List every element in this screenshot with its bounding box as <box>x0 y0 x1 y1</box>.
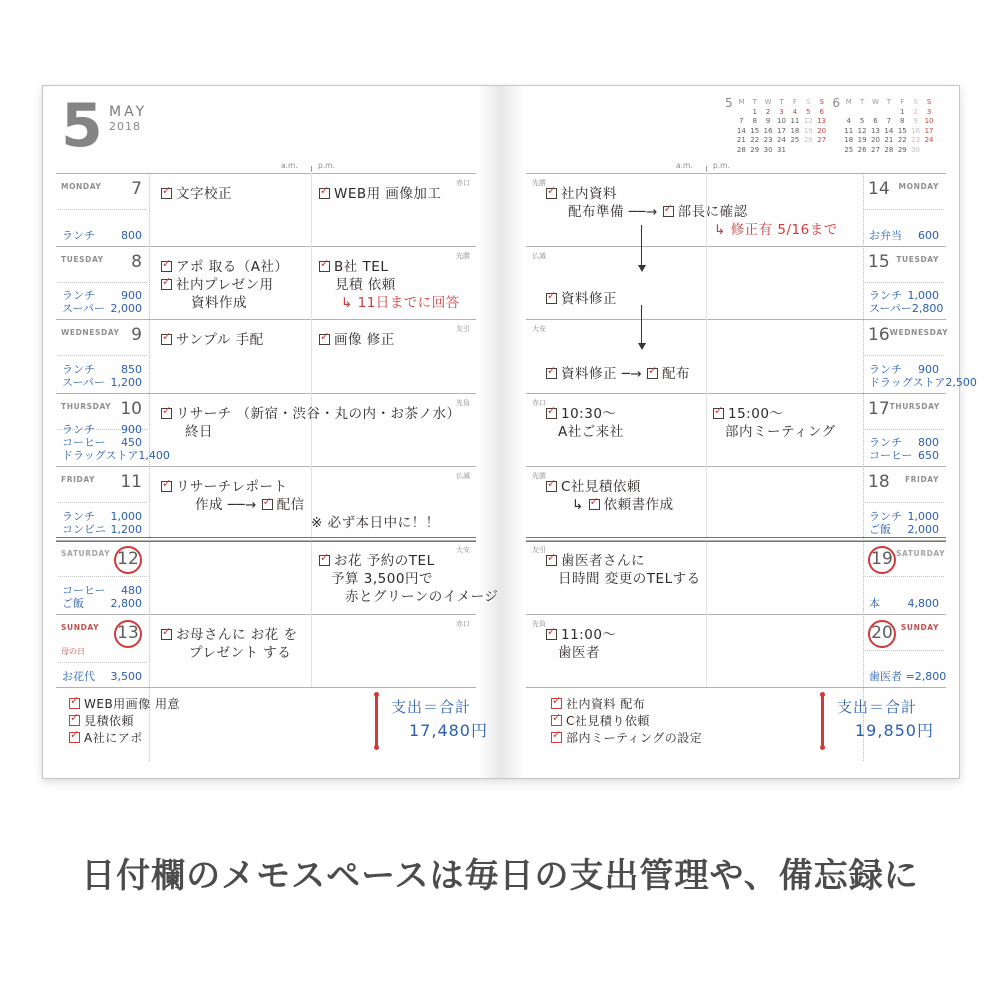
expense-label: ランチ <box>62 510 95 523</box>
day-name: SATURDAY <box>896 549 945 558</box>
rokuyo-label: 仏滅 <box>456 471 470 481</box>
expense-label: コーヒー <box>62 436 106 449</box>
date-column-divider <box>863 173 864 761</box>
expense-amount: 1,000 <box>111 510 143 523</box>
expense-list: ランチ900スーパー2,000 <box>62 284 142 315</box>
day-cell: 27 <box>869 146 882 156</box>
day-name: SUNDAY <box>61 623 99 632</box>
memo-checklist: WEB用画像 用意見積依頼A社にアポ <box>69 695 180 746</box>
rokuyo-label: 赤口 <box>532 398 546 408</box>
day-cell <box>869 108 882 118</box>
am-label: a.m. <box>281 161 298 170</box>
expense-amount: 1,200 <box>111 376 143 389</box>
date-number: 18 <box>868 472 890 492</box>
month-header: 5 <box>61 96 103 156</box>
note-line: リサーチレポート <box>161 475 440 493</box>
mini-calendar-grid: MTWTFSS123456789101112131415161718192021… <box>735 98 829 156</box>
rokuyo-label: 友引 <box>532 545 546 555</box>
day-cell: 8 <box>896 117 909 127</box>
day-cell: 4 <box>788 108 801 118</box>
notes-am: 社内資料配布準備 ──→ 部長に確認↳ 修正有 5/16まで <box>546 182 838 236</box>
day-name: TUESDAY <box>896 255 939 264</box>
date-cell-separator <box>865 282 944 283</box>
month-number: 5 <box>61 91 103 161</box>
note-line: サンプル 手配 <box>161 328 264 346</box>
dow-cell: W <box>761 98 774 108</box>
day-cell: 2 <box>909 108 922 118</box>
expense-item: スーパー1,200 <box>62 376 142 389</box>
notes-pm: B社 TEL見積 依頼↳ 11日までに回答 <box>319 255 460 309</box>
total-marker-line <box>375 695 378 747</box>
expense-amount: 1,200 <box>111 523 143 536</box>
day-cell: 22 <box>748 136 761 146</box>
dow-cell: F <box>788 98 801 108</box>
note-line: 社内プレゼン用 <box>161 273 289 291</box>
day-cell: 17 <box>775 127 788 137</box>
date-number: 7 <box>131 179 142 199</box>
expense-list: ランチ850スーパー1,200 <box>62 357 142 389</box>
expense-item: ご飯2,000 <box>869 523 939 536</box>
rokuyo-label: 赤口 <box>456 178 470 188</box>
note-line: WEB用 画像加工 <box>319 182 441 200</box>
row-line <box>526 173 946 174</box>
rokuyo-label: 仏滅 <box>532 251 546 261</box>
expense-item: お弁当600 <box>869 229 939 242</box>
checkbox-icon <box>546 629 557 640</box>
day-cell: 26 <box>855 146 868 156</box>
friday-red-divider <box>56 537 476 538</box>
checkbox-icon <box>319 334 330 345</box>
date-cell-separator <box>58 355 147 356</box>
expense-label: ランチ <box>869 363 902 376</box>
dow-cell: S <box>815 98 828 108</box>
date-number-circled: 12 <box>114 546 142 574</box>
checkbox-icon <box>69 732 80 743</box>
flow-arrow-down <box>641 305 642 347</box>
date-number: 16 <box>868 325 890 345</box>
mini-calendar-week-row: 18192021222324 <box>842 136 936 146</box>
expense-amount: 1,400 <box>138 449 170 462</box>
date-cell-separator <box>865 576 944 577</box>
day-cell: 1 <box>896 108 909 118</box>
day-cell: 29 <box>896 146 909 156</box>
notes-am: サンプル 手配 <box>161 328 264 346</box>
mini-calendar-week-row: 252627282930 <box>842 146 936 156</box>
dow-cell: M <box>735 98 748 108</box>
day-cell: 24 <box>922 136 935 146</box>
day-cell: 4 <box>842 117 855 127</box>
expense-label: コーヒー <box>869 449 913 462</box>
checklist-item: 見積依頼 <box>69 712 180 729</box>
note-line: B社 TEL <box>319 255 460 273</box>
date-cell: THURSDAY10 <box>61 399 142 419</box>
day-cell <box>735 108 748 118</box>
day-name: THURSDAY <box>61 402 111 411</box>
note-line: ↳ 11日までに回答 <box>341 291 460 309</box>
day-cell: 10 <box>922 117 935 127</box>
checklist-item: 部内ミーティングの設定 <box>551 729 702 746</box>
note-line: 見積 依頼 <box>335 273 460 291</box>
day-cell <box>842 108 855 118</box>
expense-amount: 900 <box>121 423 142 436</box>
expense-label: ランチ <box>62 423 95 436</box>
mini-calendar-week-row: 11121314151617 <box>842 127 936 137</box>
mini-calendar-week-row: 45678910 <box>842 117 936 127</box>
expense-amount: 480 <box>121 584 142 597</box>
day-cell: 1 <box>748 108 761 118</box>
expense-amount: 800 <box>121 229 142 242</box>
date-cell-separator <box>865 502 944 503</box>
date-cell-separator <box>865 429 944 430</box>
notes-pm: WEB用 画像加工 <box>319 182 441 200</box>
expense-list: ランチ800コーヒー650 <box>869 431 939 462</box>
date-number: 11 <box>120 472 142 492</box>
expense-amount: 2,800 <box>915 670 947 683</box>
day-cell: 19 <box>802 127 815 137</box>
date-cell: 17THURSDAY <box>868 399 939 419</box>
checkbox-icon <box>647 368 658 379</box>
day-name: TUESDAY <box>61 255 104 264</box>
expense-list: 歯医者 =2,800 <box>869 652 939 683</box>
date-cell: TUESDAY8 <box>61 252 142 272</box>
expense-item: スーパー2,800 <box>869 302 939 315</box>
mini-calendar-week-row: 21222324252627 <box>735 136 829 146</box>
expense-amount: 2,500 <box>945 376 977 389</box>
day-cell: 27 <box>815 136 828 146</box>
day-cell: 19 <box>855 136 868 146</box>
notes-am: 10:30〜A社ご来社 <box>546 402 624 438</box>
day-cell: 7 <box>735 117 748 127</box>
month-name: MAY 2018 <box>109 104 147 133</box>
checkbox-icon <box>69 715 80 726</box>
note-line: 歯医者さんに <box>546 549 701 567</box>
day-cell: 31 <box>775 146 788 156</box>
expense-item: ランチ1,000 <box>62 510 142 523</box>
date-cell-separator <box>865 209 944 210</box>
expense-amount: 900 <box>918 363 939 376</box>
row-line <box>56 246 476 247</box>
day-cell: 15 <box>748 127 761 137</box>
day-cell: 5 <box>802 108 815 118</box>
expense-item: ランチ900 <box>62 423 142 436</box>
note-line: アポ 取る（A社） <box>161 255 289 273</box>
checklist-item: A社にアポ <box>69 729 180 746</box>
checkbox-icon <box>551 715 562 726</box>
mini-calendar-week-row: 123456 <box>735 108 829 118</box>
checklist-item: WEB用画像 用意 <box>69 695 180 712</box>
friday-red-divider <box>56 541 476 542</box>
day-cell: 14 <box>735 127 748 137</box>
pm-label: p.m. <box>318 161 335 170</box>
mini-calendar-week-row: 14151617181920 <box>735 127 829 137</box>
note-line: 11:00〜 <box>546 623 616 641</box>
expense-list: コーヒー480ご飯2,800 <box>62 578 142 610</box>
day-cell: 17 <box>922 127 935 137</box>
day-cell: 10 <box>775 117 788 127</box>
date-cell: SATURDAY12 <box>61 546 142 574</box>
date-number: 15 <box>868 252 890 272</box>
checkbox-icon <box>551 732 562 743</box>
day-cell: 2 <box>761 108 774 118</box>
day-cell: 18 <box>842 136 855 146</box>
day-cell: 5 <box>855 117 868 127</box>
day-cell <box>802 146 815 156</box>
expense-amount: 2,800 <box>912 302 944 315</box>
expense-item: 本4,800 <box>869 597 939 610</box>
date-cell-separator <box>58 282 147 283</box>
ampm-divider <box>706 173 707 687</box>
day-cell: 11 <box>842 127 855 137</box>
mini-calendar-week-row: 123 <box>842 108 936 118</box>
expense-amount: 450 <box>121 436 142 449</box>
date-cell: 20SUNDAY <box>868 620 939 648</box>
date-cell: 14MONDAY <box>868 179 939 199</box>
checkbox-icon <box>262 499 273 510</box>
checkbox-icon <box>161 261 172 272</box>
checkbox-icon <box>161 629 172 640</box>
row-line <box>56 687 476 688</box>
day-cell: 8 <box>748 117 761 127</box>
day-cell: 25 <box>842 146 855 156</box>
day-cell: 14 <box>882 127 895 137</box>
expense-label: ランチ <box>62 363 95 376</box>
checkbox-icon <box>161 188 172 199</box>
expense-item: ドラッグストア2,500 <box>869 376 939 389</box>
date-cell: 19SATURDAY <box>868 546 939 574</box>
notes-pm: お花 予約のTEL予算 3,500円で赤とグリーンのイメージ <box>319 549 498 603</box>
planner-spread: 5 MAY 2018 5MTWTFSS123456789101112131415… <box>42 85 960 779</box>
row-line <box>526 319 946 320</box>
day-cell: 13 <box>815 117 828 127</box>
rokuyo-label: 赤口 <box>456 619 470 629</box>
day-cell: 16 <box>761 127 774 137</box>
row-line <box>526 614 946 615</box>
expense-item: ドラッグストア1,400 <box>62 449 142 462</box>
expense-item: ランチ900 <box>62 289 142 302</box>
expense-label: ランチ <box>869 289 902 302</box>
note-line: リサーチ （新宿・渋谷・丸の内・お茶ノ水） <box>161 402 461 420</box>
expense-label: お弁当 <box>869 229 902 242</box>
note-line: 作成 ──→ 配信 <box>195 493 440 511</box>
expense-amount: 600 <box>918 229 939 242</box>
checkbox-icon <box>546 293 557 304</box>
day-cell: 23 <box>909 136 922 146</box>
expense-list: お弁当600 <box>869 211 939 242</box>
am-label: a.m. <box>676 161 693 170</box>
checkbox-icon <box>546 188 557 199</box>
row-line <box>526 393 946 394</box>
mini-calendars: 5MTWTFSS12345678910111213141516171819202… <box>725 98 936 156</box>
expense-item: ランチ800 <box>62 229 142 242</box>
expense-amount: 2,800 <box>111 597 143 610</box>
expense-amount: 1,000 <box>908 289 940 302</box>
expense-item: お花代3,500 <box>62 670 142 683</box>
day-name: FRIDAY <box>61 475 95 484</box>
expense-amount: 2,000 <box>908 523 940 536</box>
day-cell: 11 <box>788 117 801 127</box>
day-cell: 13 <box>869 127 882 137</box>
rokuyo-label: 先勝 <box>532 178 546 188</box>
day-cell: 30 <box>909 146 922 156</box>
notes-am: リサーチレポート作成 ──→ 配信※ 必ず本日中に！！ <box>161 475 440 529</box>
row-line <box>56 173 476 174</box>
day-cell: 12 <box>855 127 868 137</box>
day-name: SATURDAY <box>61 549 110 558</box>
row-line <box>56 319 476 320</box>
expense-item: ランチ1,000 <box>869 289 939 302</box>
day-name: MONDAY <box>61 182 101 191</box>
expense-item: ご飯2,800 <box>62 597 142 610</box>
expense-label: ドラッグストア <box>869 376 945 389</box>
expense-label: コンビニ <box>62 523 106 536</box>
note-line: ↳ 修正有 5/16まで <box>714 218 838 236</box>
ampm-tick <box>706 166 707 172</box>
date-number: 17 <box>868 399 890 419</box>
day-cell: 23 <box>761 136 774 146</box>
expense-item: コーヒー650 <box>869 449 939 462</box>
expense-label: 歯医者 = <box>869 670 915 683</box>
expense-item: ランチ1,000 <box>869 510 939 523</box>
memo-checklist: 社内資料 配布C社見積り依頼部内ミーティングの設定 <box>551 695 702 746</box>
notes-am: C社見積依頼↳ 依頼書作成 <box>546 475 674 511</box>
day-cell: 21 <box>882 136 895 146</box>
day-name: FRIDAY <box>905 475 939 484</box>
expense-label: 本 <box>869 597 880 610</box>
expense-amount: 850 <box>121 363 142 376</box>
day-name: WEDNESDAY <box>61 328 120 337</box>
mini-calendar: 6MTWTFSS12345678910111213141516171819202… <box>832 98 935 156</box>
holiday-label: 母の日 <box>61 646 85 657</box>
checkbox-icon <box>546 481 557 492</box>
day-cell: 6 <box>869 117 882 127</box>
dow-cell: T <box>748 98 761 108</box>
expense-amount: 1,000 <box>908 510 940 523</box>
row-line <box>56 466 476 467</box>
expense-list: 本4,800 <box>869 578 939 610</box>
date-cell: FRIDAY11 <box>61 472 142 492</box>
flow-arrow-down <box>641 225 642 269</box>
note-line: ↳ 依頼書作成 <box>572 493 674 511</box>
date-cell-separator <box>58 502 147 503</box>
expense-item: 歯医者 =2,800 <box>869 670 939 683</box>
expense-amount: 4,800 <box>908 597 940 610</box>
day-cell: 7 <box>882 117 895 127</box>
checkbox-icon <box>713 408 724 419</box>
expense-item: コンビニ1,200 <box>62 523 142 536</box>
mini-calendar-week-row: 78910111213 <box>735 117 829 127</box>
note-line: 文字校正 <box>161 182 232 200</box>
note-line: 資料作成 <box>191 291 289 309</box>
total-marker-line <box>821 695 824 747</box>
expense-item: ランチ800 <box>869 436 939 449</box>
day-cell: 12 <box>802 117 815 127</box>
mini-calendar-month: 6 <box>832 98 840 156</box>
expense-label: お花代 <box>62 670 95 683</box>
note-line: プレゼント する <box>189 641 298 659</box>
date-number: 14 <box>868 179 890 199</box>
expense-list: ランチ800 <box>62 211 142 242</box>
ampm-tick <box>311 166 312 172</box>
day-cell: 3 <box>922 108 935 118</box>
mini-calendar-week-row: 28293031 <box>735 146 829 156</box>
date-cell-separator <box>58 662 147 663</box>
note-line: 10:30〜 <box>546 402 624 420</box>
date-number-circled: 13 <box>114 620 142 648</box>
expense-label: ランチ <box>62 229 95 242</box>
day-name: WEDNESDAY <box>890 328 949 337</box>
checklist-item: 社内資料 配布 <box>551 695 702 712</box>
checklist-item: C社見積り依頼 <box>551 712 702 729</box>
rokuyo-label: 友引 <box>456 324 470 334</box>
row-line <box>526 246 946 247</box>
caption-text: 日付欄のメモスペースは毎日の支出管理や、備忘録に <box>0 848 1000 897</box>
notes-pm: 画像 修正 <box>319 328 395 346</box>
expense-item: コーヒー480 <box>62 584 142 597</box>
day-cell: 20 <box>815 127 828 137</box>
notes-am: アポ 取る（A社）社内プレゼン用資料作成 <box>161 255 289 309</box>
expense-label: スーパー <box>62 376 105 389</box>
dow-cell: S <box>922 98 935 108</box>
expense-label: コーヒー <box>62 584 106 597</box>
checkbox-icon <box>546 555 557 566</box>
day-cell: 20 <box>869 136 882 146</box>
total-label: 支出＝合計 <box>837 696 917 717</box>
day-name: SUNDAY <box>901 623 939 632</box>
mini-calendar-grid: MTWTFSS123456789101112131415161718192021… <box>842 98 936 156</box>
expense-item: ランチ900 <box>869 363 939 376</box>
day-name: THURSDAY <box>890 402 940 411</box>
mini-calendar-dow-row: MTWTFSS <box>735 98 829 108</box>
expense-amount: 650 <box>918 449 939 462</box>
date-cell: MONDAY7 <box>61 179 142 199</box>
date-number: 10 <box>120 399 142 419</box>
mini-calendar-month: 5 <box>725 98 733 156</box>
expense-list: ランチ1,000コンビニ1,200 <box>62 504 142 536</box>
note-line: ※ 必ず本日中に！！ <box>311 511 440 529</box>
date-number: 9 <box>131 325 142 345</box>
total-amount: 19,850円 <box>855 718 934 741</box>
row-line <box>526 466 946 467</box>
date-cell: SUNDAY13 <box>61 620 142 648</box>
expense-label: ご飯 <box>62 597 84 610</box>
notes-am: 11:00〜歯医者 <box>546 623 616 659</box>
notes-pm: 15:00〜部内ミーティング <box>713 402 836 438</box>
checkbox-icon <box>319 555 330 566</box>
date-cell-separator <box>58 576 147 577</box>
mini-calendar-dow-row: MTWTFSS <box>842 98 936 108</box>
note-line: 部内ミーティング <box>725 420 836 438</box>
expense-label: ランチ <box>869 510 902 523</box>
note-line: 15:00〜 <box>713 402 836 420</box>
day-cell: 22 <box>896 136 909 146</box>
day-cell: 26 <box>802 136 815 146</box>
friday-red-divider <box>526 541 946 542</box>
day-cell: 9 <box>909 117 922 127</box>
rokuyo-label: 先負 <box>532 619 546 629</box>
day-cell: 28 <box>735 146 748 156</box>
day-cell: 9 <box>761 117 774 127</box>
dow-cell: W <box>869 98 882 108</box>
expense-label: ご飯 <box>869 523 891 536</box>
date-cell: 15TUESDAY <box>868 252 939 272</box>
expense-list: ランチ900コーヒー450ドラッグストア1,400 <box>62 431 142 462</box>
notes-am: リサーチ （新宿・渋谷・丸の内・お茶ノ水）終日 <box>161 402 461 438</box>
note-line: 日時間 変更のTELする <box>558 567 701 585</box>
note-line: 予算 3,500円で <box>331 567 498 585</box>
checkbox-icon <box>161 334 172 345</box>
note-line: 終日 <box>185 420 461 438</box>
day-cell <box>788 146 801 156</box>
